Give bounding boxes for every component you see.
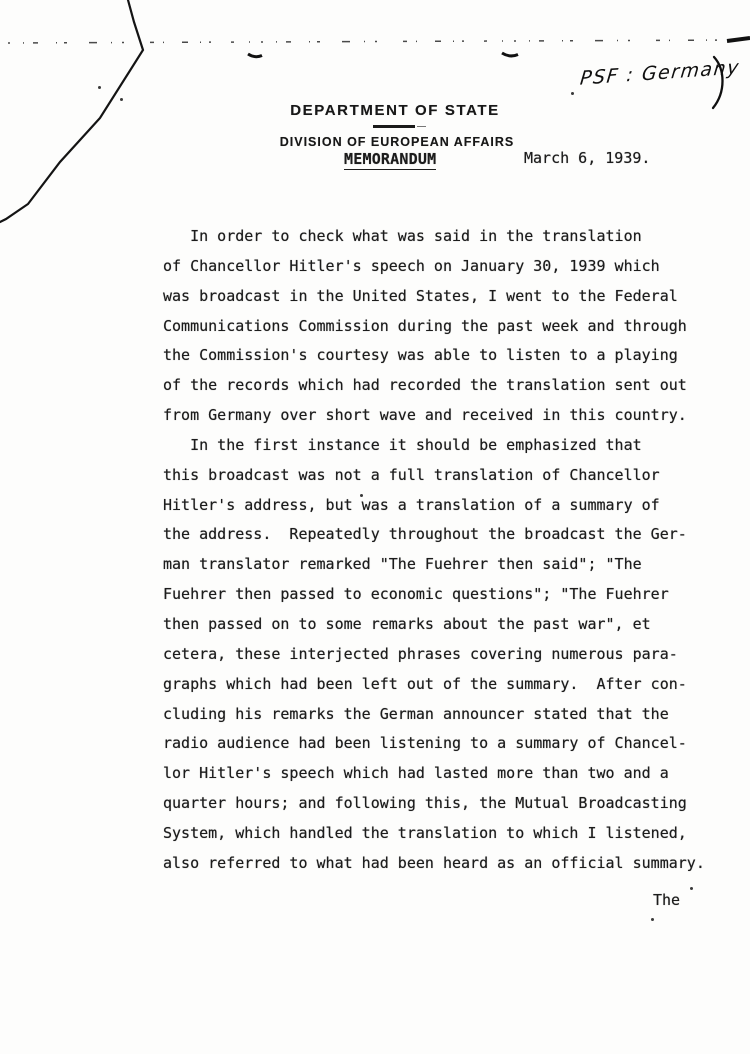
memo-line: this broadcast was not a full translatio…: [163, 461, 723, 491]
memo-line: System, which handled the translation to…: [163, 819, 723, 849]
handwritten-bracket-icon: [710, 54, 730, 112]
memo-title: MEMORANDUM: [344, 150, 436, 170]
memo-line: the Commission's courtesy was able to li…: [163, 341, 723, 371]
memo-line: cluding his remarks the German announcer…: [163, 700, 723, 730]
memo-line: from Germany over short wave and receive…: [163, 401, 723, 431]
noise-speck: [651, 918, 654, 921]
memo-line: Communications Commission during the pas…: [163, 312, 723, 342]
memo-line: radio audience had been listening to a s…: [163, 729, 723, 759]
memo-line: In order to check what was said in the t…: [163, 222, 723, 252]
letterhead-rule-tail: [417, 126, 426, 127]
memo-date: March 6, 1939.: [524, 149, 650, 167]
letterhead-department: DEPARTMENT OF STATE: [250, 102, 540, 119]
letterhead-rule: [373, 125, 415, 128]
memo-line: was broadcast in the United States, I we…: [163, 282, 723, 312]
memo-line: of the records which had recorded the tr…: [163, 371, 723, 401]
memo-line: also referred to what had been heard as …: [163, 849, 723, 879]
memo-body: In order to check what was said in the t…: [163, 222, 723, 879]
noise-speck: [690, 887, 693, 890]
memo-line: then passed on to some remarks about the…: [163, 610, 723, 640]
noise-speck: [571, 92, 574, 95]
memo-line: lor Hitler's speech which had lasted mor…: [163, 759, 723, 789]
memo-line: In the first instance it should be empha…: [163, 431, 723, 461]
memo-line: man translator remarked "The Fuehrer the…: [163, 550, 723, 580]
noise-speck: [98, 86, 101, 89]
memo-line: quarter hours; and following this, the M…: [163, 789, 723, 819]
memo-line: graphs which had been left out of the su…: [163, 670, 723, 700]
memo-line: cetera, these interjected phrases coveri…: [163, 640, 723, 670]
letterhead-division: DIVISION OF EUROPEAN AFFAIRS: [252, 135, 542, 149]
memo-line: Hitler's address, but was a translation …: [163, 491, 723, 521]
catchword: The: [653, 891, 680, 909]
top-edge-scan-line: [0, 34, 750, 62]
memo-line: of Chancellor Hitler's speech on January…: [163, 252, 723, 282]
noise-speck: [120, 98, 123, 101]
noise-speck: [360, 494, 363, 497]
memo-page: PSF : Germany DEPARTMENT OF STATE DIVISI…: [0, 0, 750, 1054]
memo-line: the address. Repeatedly throughout the b…: [163, 520, 723, 550]
memo-line: Fuehrer then passed to economic question…: [163, 580, 723, 610]
